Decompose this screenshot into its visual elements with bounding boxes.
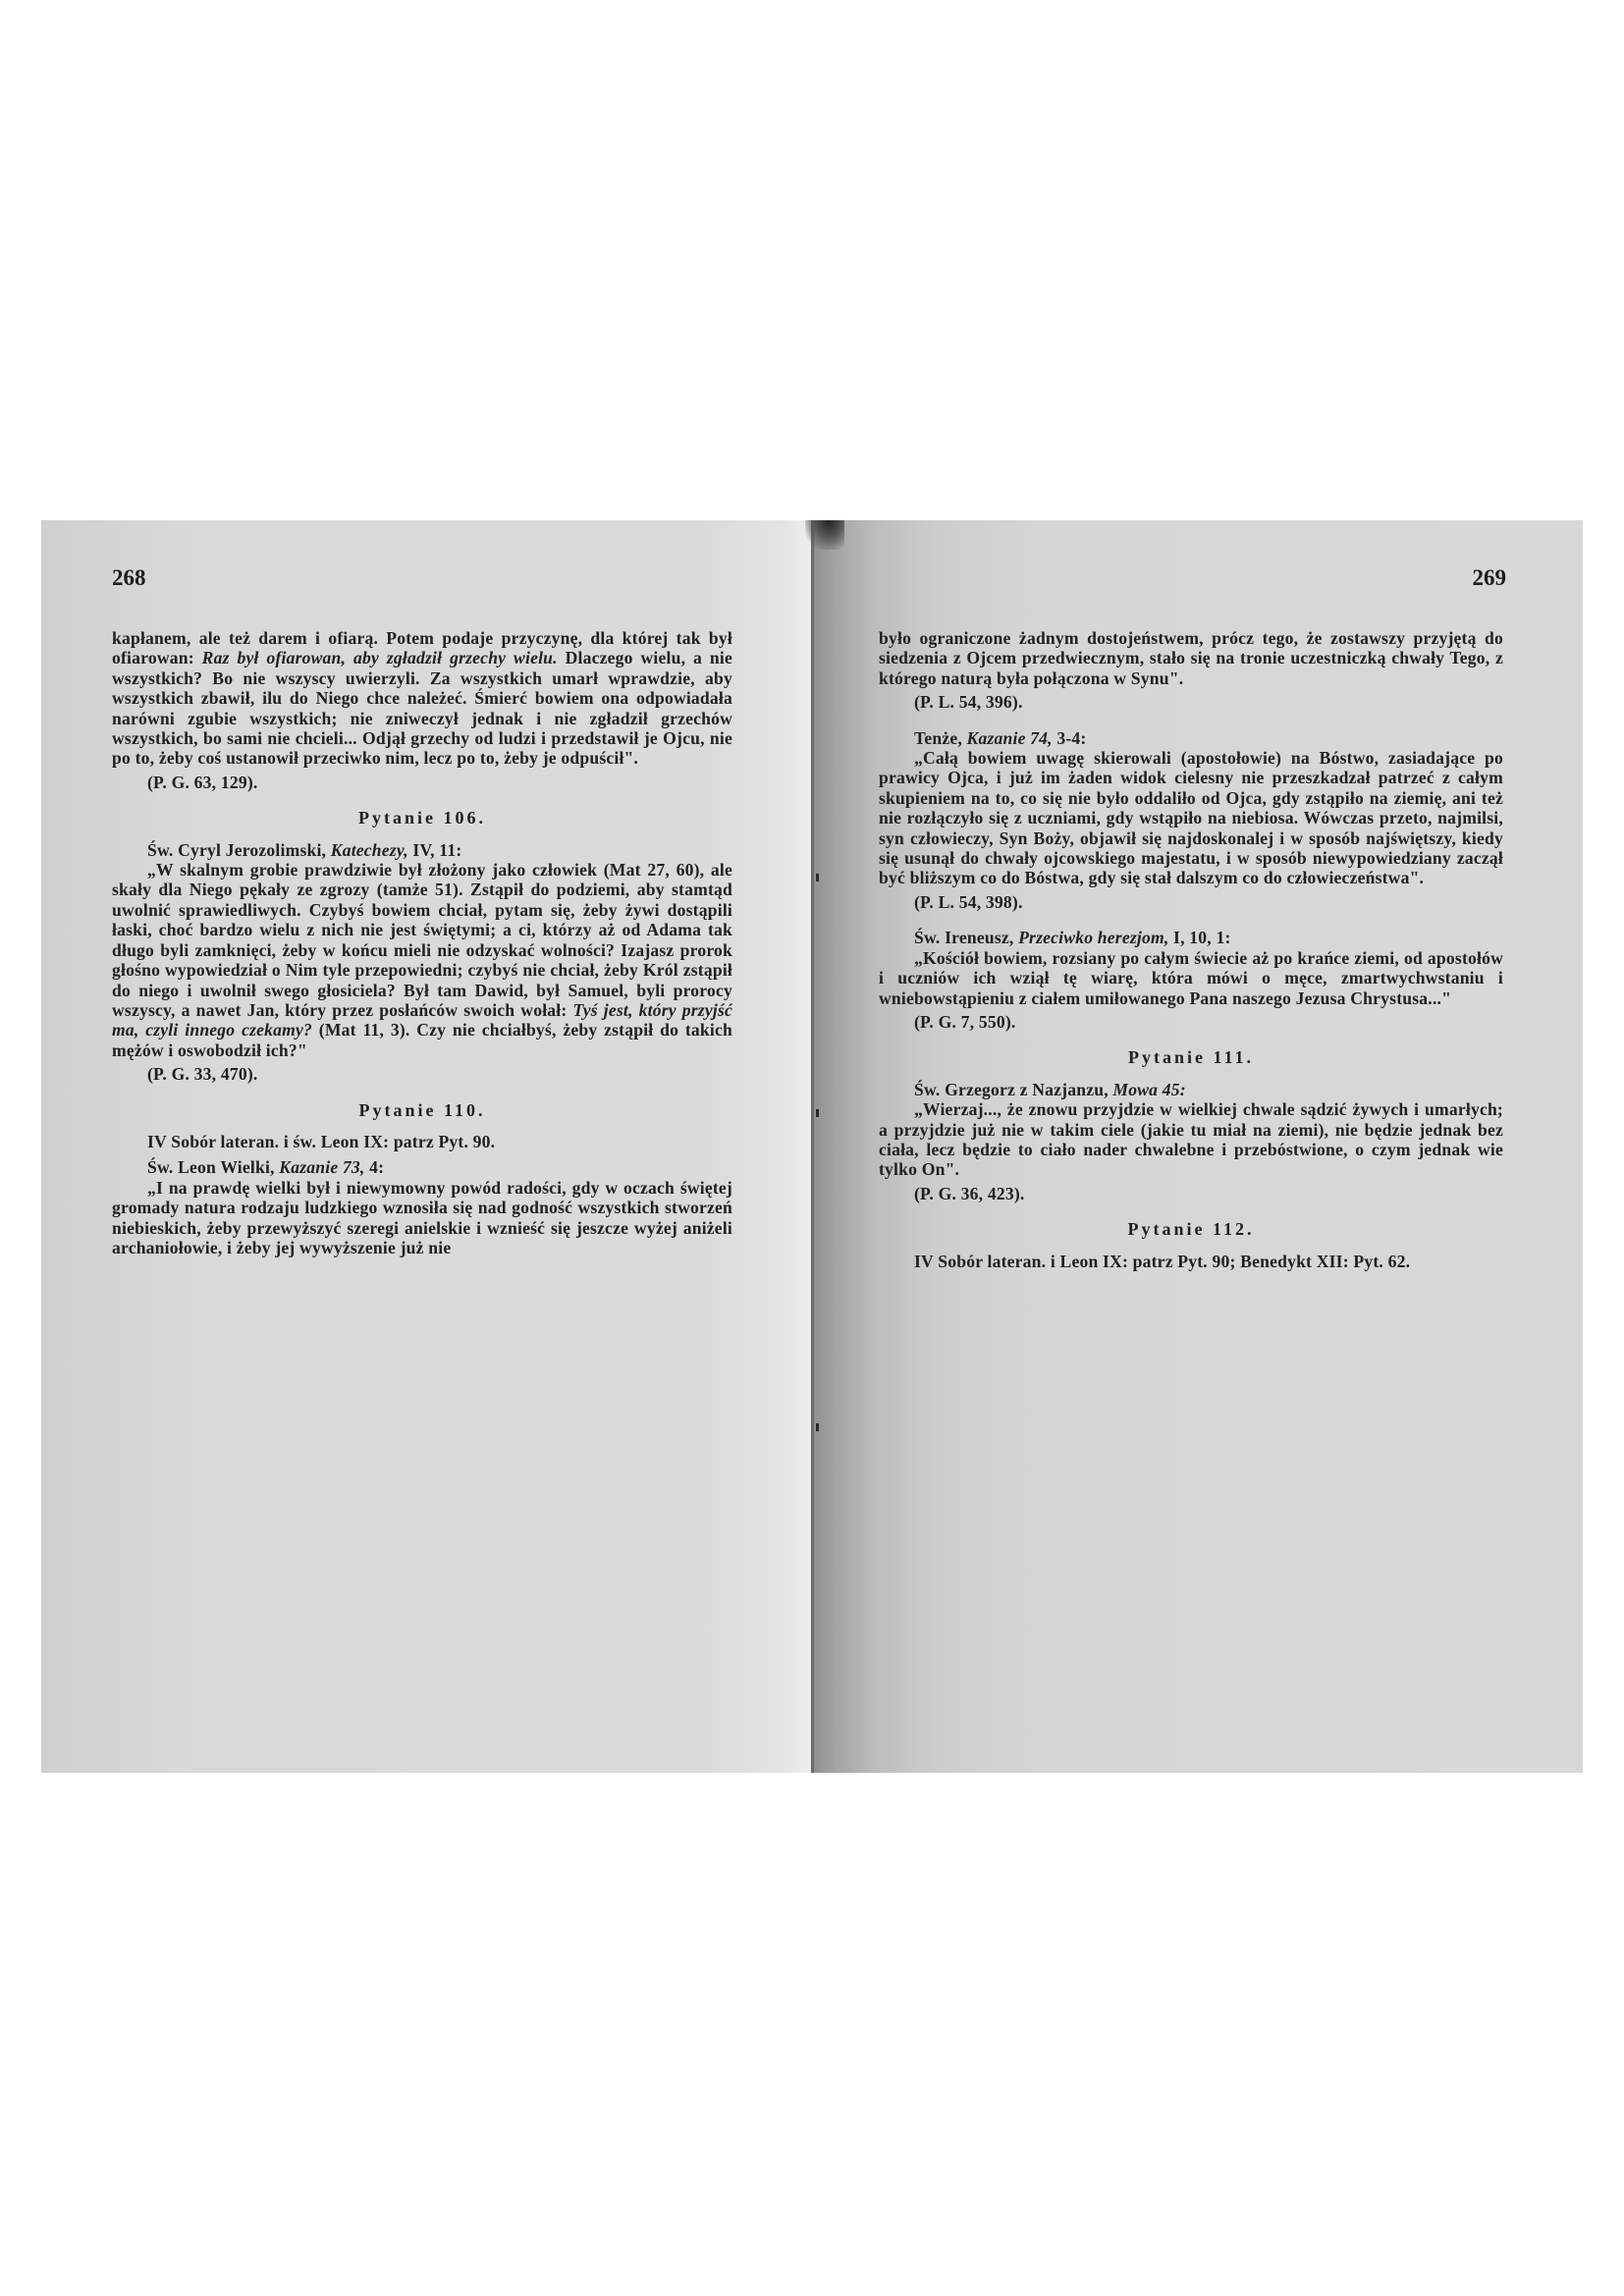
source-attribution: Św. Cyryl Jerozolimski, Katechezy, IV, 1… (112, 840, 732, 860)
paragraph: „Całą bowiem uwagę skierowali (apostołow… (879, 748, 1503, 888)
citation-reference: (P. G. 7, 550). (879, 1012, 1503, 1032)
book-gutter (811, 520, 814, 1773)
text-run: „W skalnym grobie prawdziwie był złożony… (112, 860, 732, 1020)
section-heading: Pytanie 110. (112, 1100, 732, 1120)
italic-text: Przeciwko herezjom, (1018, 928, 1168, 947)
left-page: 268 kapłanem, ale też darem i ofiarą. Po… (41, 520, 812, 1773)
text-run: „Całą bowiem uwagę skierowali (apostołow… (879, 748, 1503, 887)
text-run: „I na prawdę wielki był i niewymowny pow… (112, 1178, 732, 1257)
gutter-shadow (805, 520, 844, 550)
margin-mark (816, 1423, 819, 1431)
paragraph: „W skalnym grobie prawdziwie był złożony… (112, 860, 732, 1060)
text-run: „Wierzaj..., że znowu przyjdzie w wielki… (879, 1099, 1503, 1179)
text-run: IV Sobór lateran. i św. Leon IX: patrz P… (147, 1132, 495, 1151)
citation-reference: (P. L. 54, 398). (879, 892, 1503, 912)
paragraph: IV Sobór lateran. i Leon IX: patrz Pyt. … (879, 1252, 1503, 1271)
text-run: było ograniczone żadnym dostojeństwem, p… (879, 628, 1503, 688)
italic-text: Kazanie 74, (967, 728, 1053, 748)
book-spread-scan: 268 kapłanem, ale też darem i ofiarą. Po… (41, 520, 1583, 1773)
source-attribution: Św. Leon Wielki, Kazanie 73, 4: (112, 1157, 732, 1177)
text-run: I, 10, 1: (1168, 928, 1230, 947)
paragraph: kapłanem, ale też darem i ofiarą. Potem … (112, 628, 732, 769)
page-number: 269 (1473, 565, 1507, 591)
page-number: 268 (112, 565, 146, 591)
text-run: Św. Cyryl Jerozolimski, (147, 840, 331, 860)
source-attribution: Św. Ireneusz, Przeciwko herezjom, I, 10,… (879, 928, 1503, 947)
italic-text: Mowa 45: (1112, 1080, 1185, 1099)
text-run: 3-4: (1053, 728, 1087, 748)
margin-mark (816, 1109, 819, 1117)
margin-mark (816, 874, 819, 881)
text-run: Św. Leon Wielki, (147, 1157, 279, 1177)
italic-text: Kazanie 73, (279, 1157, 364, 1177)
citation-reference: (P. L. 54, 396). (879, 692, 1503, 712)
section-heading: Pytanie 106. (112, 808, 732, 828)
section-heading: Pytanie 111. (879, 1047, 1503, 1067)
page-body: kapłanem, ale też darem i ofiarą. Potem … (112, 628, 732, 1257)
paragraph: „I na prawdę wielki był i niewymowny pow… (112, 1178, 732, 1258)
right-page: 269 było ograniczone żadnym dostojeństwe… (812, 520, 1583, 1773)
section-heading: Pytanie 112. (879, 1219, 1503, 1239)
source-attribution: Św. Grzegorz z Nazjanzu, Mowa 45: (879, 1080, 1503, 1099)
italic-text: Raz był ofiarowan, aby zgładził grzechy … (202, 648, 558, 667)
paragraph: „Wierzaj..., że znowu przyjdzie w wielki… (879, 1099, 1503, 1180)
citation-reference: (P. G. 33, 470). (112, 1064, 732, 1084)
citation-reference: (P. G. 36, 423). (879, 1184, 1503, 1203)
text-run: 4: (365, 1157, 385, 1177)
text-run: IV, 11: (408, 840, 462, 860)
text-run: Św. Ireneusz, (914, 928, 1018, 947)
italic-text: Katechezy, (331, 840, 408, 860)
source-attribution: IV Sobór lateran. i św. Leon IX: patrz P… (112, 1132, 732, 1151)
text-run: Św. Grzegorz z Nazjanzu, (914, 1080, 1112, 1099)
page-body: było ograniczone żadnym dostojeństwem, p… (879, 628, 1503, 1271)
citation-reference: (P. G. 63, 129). (112, 773, 732, 792)
source-attribution: Tenże, Kazanie 74, 3-4: (879, 728, 1503, 748)
text-run: IV Sobór lateran. i Leon IX: patrz Pyt. … (914, 1252, 1410, 1271)
text-run: Tenże, (914, 728, 967, 748)
paragraph: było ograniczone żadnym dostojeństwem, p… (879, 628, 1503, 688)
text-run: „Kościół bowiem, rozsiany po całym świec… (879, 948, 1503, 1008)
paragraph: „Kościół bowiem, rozsiany po całym świec… (879, 948, 1503, 1008)
